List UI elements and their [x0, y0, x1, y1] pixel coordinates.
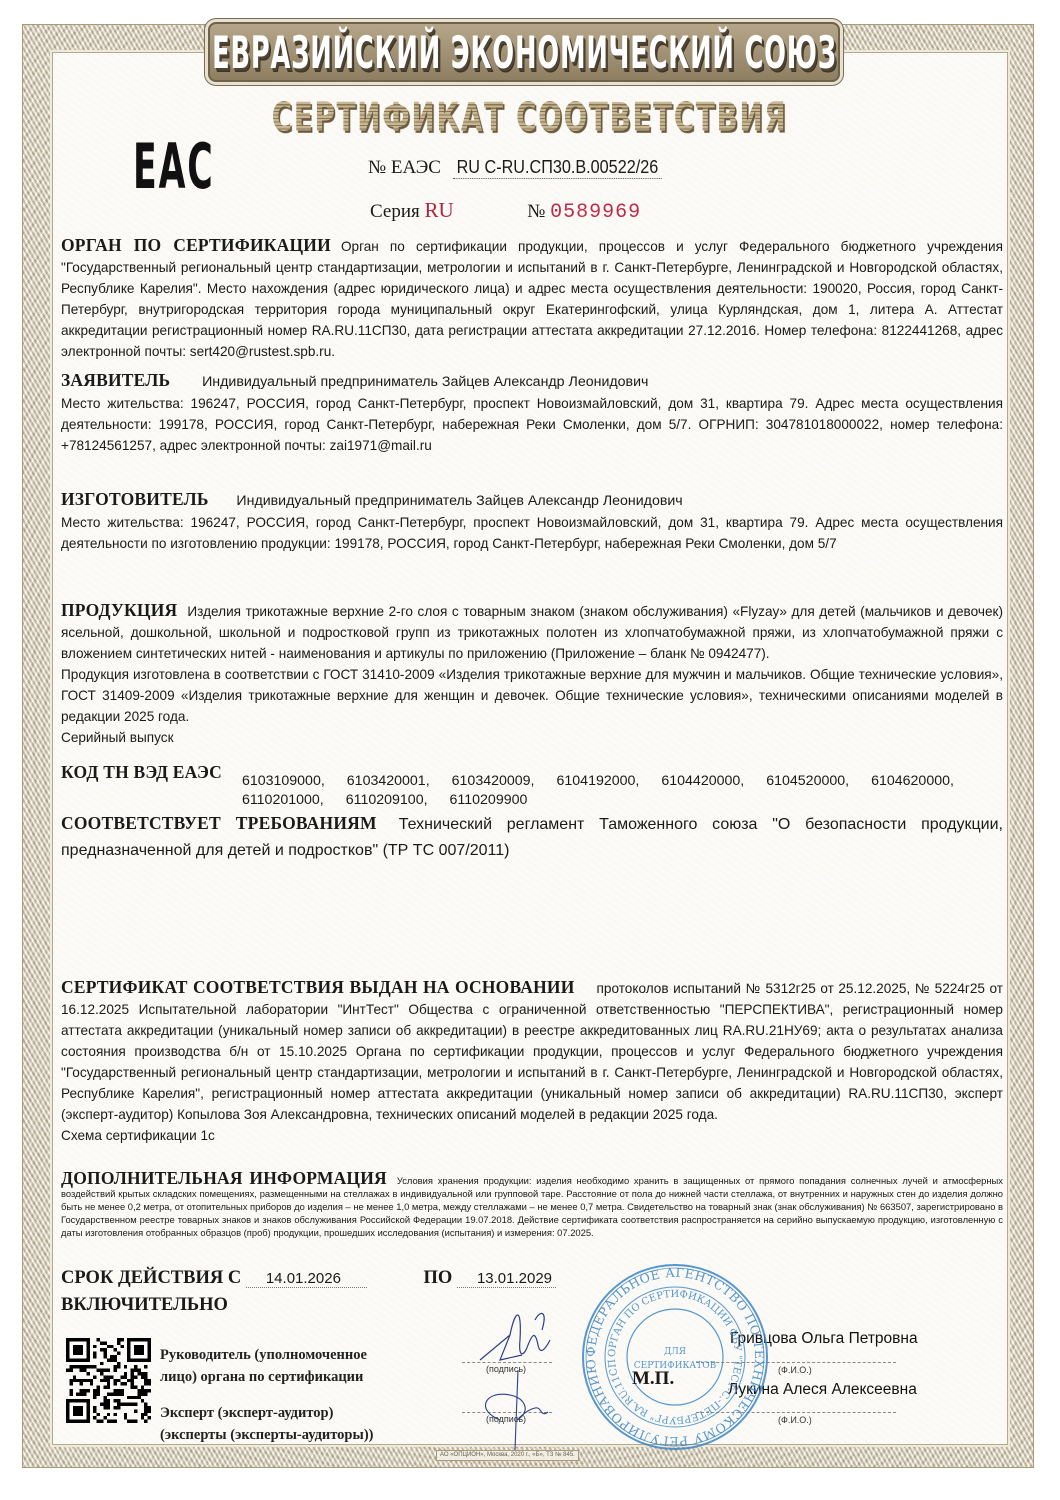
union-title-plaque: ЕВРАЗИЙСКИЙ ЭКОНОМИЧЕСКИЙ СОЮЗ	[208, 22, 840, 82]
hs-code: 6103420001,	[347, 772, 430, 791]
section-heading: СООТВЕТСТВУЕТ ТРЕБОВАНИЯМ	[61, 813, 377, 833]
product-text: Изделия трикотажные верхние 2-го слоя с …	[61, 604, 1003, 661]
section-heading: СЕРТИФИКАТ СООТВЕТСТВИЯ ВЫДАН НА ОСНОВАН…	[61, 977, 575, 997]
registration-number: RU C-RU.СП30.В.00522/26	[453, 157, 662, 179]
expert-label-line1: Эксперт (эксперт-аудитор)	[160, 1402, 373, 1424]
manufacturer-name: Индивидуальный предприниматель Зайцев Ал…	[236, 493, 682, 509]
section-text: Орган по сертификации продукции, процесс…	[61, 239, 1003, 359]
section-complies: СООТВЕТСТВУЕТ ТРЕБОВАНИЯМТехнический рег…	[61, 810, 1003, 864]
seal-label: М.П.	[632, 1368, 674, 1390]
hs-code: 6110209100,	[346, 791, 428, 810]
blank-number: 0589969	[550, 201, 641, 224]
signatory-labels: Руководитель (уполномоченное лицо) орган…	[160, 1344, 373, 1446]
section-text: Место жительства: 196247, РОССИЯ, город …	[61, 512, 1003, 554]
eac-logo-icon: ЕАС	[133, 132, 174, 204]
series-line: Серия RU № 0589969	[370, 198, 641, 224]
section-applicant: ЗАЯВИТЕЛЬ Индивидуальный предприниматель…	[61, 370, 1003, 456]
validity-from-label: СРОК ДЕЙСТВИЯ С	[61, 1268, 241, 1288]
section-product: ПРОДУКЦИЯИзделия трикотажные верхние 2-г…	[61, 600, 1003, 748]
hs-code: 6110201000,	[242, 791, 324, 810]
qr-code-icon[interactable]	[66, 1338, 151, 1423]
svg-text:ДЛЯ: ДЛЯ	[664, 1347, 686, 1357]
section-heading: КОД ТН ВЭД ЕАЭС	[61, 762, 222, 810]
section-text: Место жительства: 196247, РОССИЯ, город …	[61, 393, 1003, 456]
basis-text: протоколов испытаний № 5312г25 от 25.12.…	[61, 981, 1003, 1122]
blank-number-label: №	[527, 201, 545, 222]
registration-line: № ЕАЭСRU C-RU.СП30.В.00522/26	[368, 157, 685, 179]
section-issued-basis: СЕРТИФИКАТ СООТВЕТСТВИЯ ВЫДАН НА ОСНОВАН…	[61, 977, 1003, 1146]
section-certification-body: ОРГАН ПО СЕРТИФИКАЦИИОрган по сертификац…	[61, 235, 1003, 362]
section-additional-info: ДОПОЛНИТЕЛЬНАЯ ИНФОРМАЦИЯУсловия хранени…	[61, 1172, 1003, 1239]
hs-code: 6103420009,	[452, 772, 535, 791]
hs-code: 6104420000,	[661, 772, 744, 791]
validity-to-date: 13.01.2029	[457, 1270, 556, 1288]
hs-code: 6103109000,	[242, 772, 325, 791]
hs-code: 6104520000,	[766, 772, 849, 791]
hs-code: 6104192000,	[557, 772, 640, 791]
expert-label-line2: (эксперты (эксперты-аудиторы))	[160, 1424, 373, 1446]
handwritten-signature-icon	[470, 1300, 560, 1450]
certification-scheme: Схема сертификации 1с	[61, 1125, 1003, 1146]
official-seal-stamp-icon: ФЕДЕРАЛЬНОЕ АГЕНТСТВО ПО ТЕХНИЧЕСКОМУ РЕ…	[580, 1262, 770, 1452]
hs-code: 6110209900	[450, 791, 528, 810]
section-heading: ЗАЯВИТЕЛЬ	[61, 370, 170, 390]
registration-label: № ЕАЭС	[368, 157, 441, 178]
section-heading: ИЗГОТОВИТЕЛЬ	[61, 489, 209, 509]
section-hs-codes: КОД ТН ВЭД ЕАЭС 6103109000,6103420001,61…	[61, 762, 1003, 810]
applicant-name: Индивидуальный предприниматель Зайцев Ал…	[202, 374, 648, 390]
union-title: ЕВРАЗИЙСКИЙ ЭКОНОМИЧЕСКИЙ СОЮЗ	[212, 26, 837, 79]
section-manufacturer: ИЗГОТОВИТЕЛЬ Индивидуальный предпринимат…	[61, 489, 1003, 554]
printer-imprint: АО «ОПЦИОН», Москва, 2020 г., «Б», ТЗ № …	[436, 1450, 579, 1461]
section-heading: ПРОДУКЦИЯ	[61, 600, 177, 620]
head-label-line1: Руководитель (уполномоченное	[160, 1344, 373, 1366]
product-standards: Продукция изготовлена в соответствии с Г…	[61, 664, 1003, 727]
release-type: Серийный выпуск	[61, 727, 1003, 748]
validity-from-date: 14.01.2026	[246, 1270, 367, 1288]
series-value: RU	[425, 198, 454, 222]
hs-code: 6104620000,	[871, 772, 954, 791]
certificate-title: СЕРТИФИКАТ СООТВЕТСТВИЯ	[272, 95, 788, 141]
head-name-caption: (Ф.И.О.)	[778, 1365, 812, 1375]
section-heading: ОРГАН ПО СЕРТИФИКАЦИИ	[61, 235, 331, 255]
head-label-line2: лицо) органа по сертификации	[160, 1366, 373, 1388]
validity-to-label: ПО	[424, 1268, 453, 1288]
series-label: Серия	[370, 201, 420, 222]
hs-code-list: 6103109000,6103420001,6103420009,6104192…	[242, 762, 1003, 810]
expert-name-caption: (Ф.И.О.)	[778, 1415, 812, 1425]
section-heading: ДОПОЛНИТЕЛЬНАЯ ИНФОРМАЦИЯ	[61, 1168, 387, 1188]
